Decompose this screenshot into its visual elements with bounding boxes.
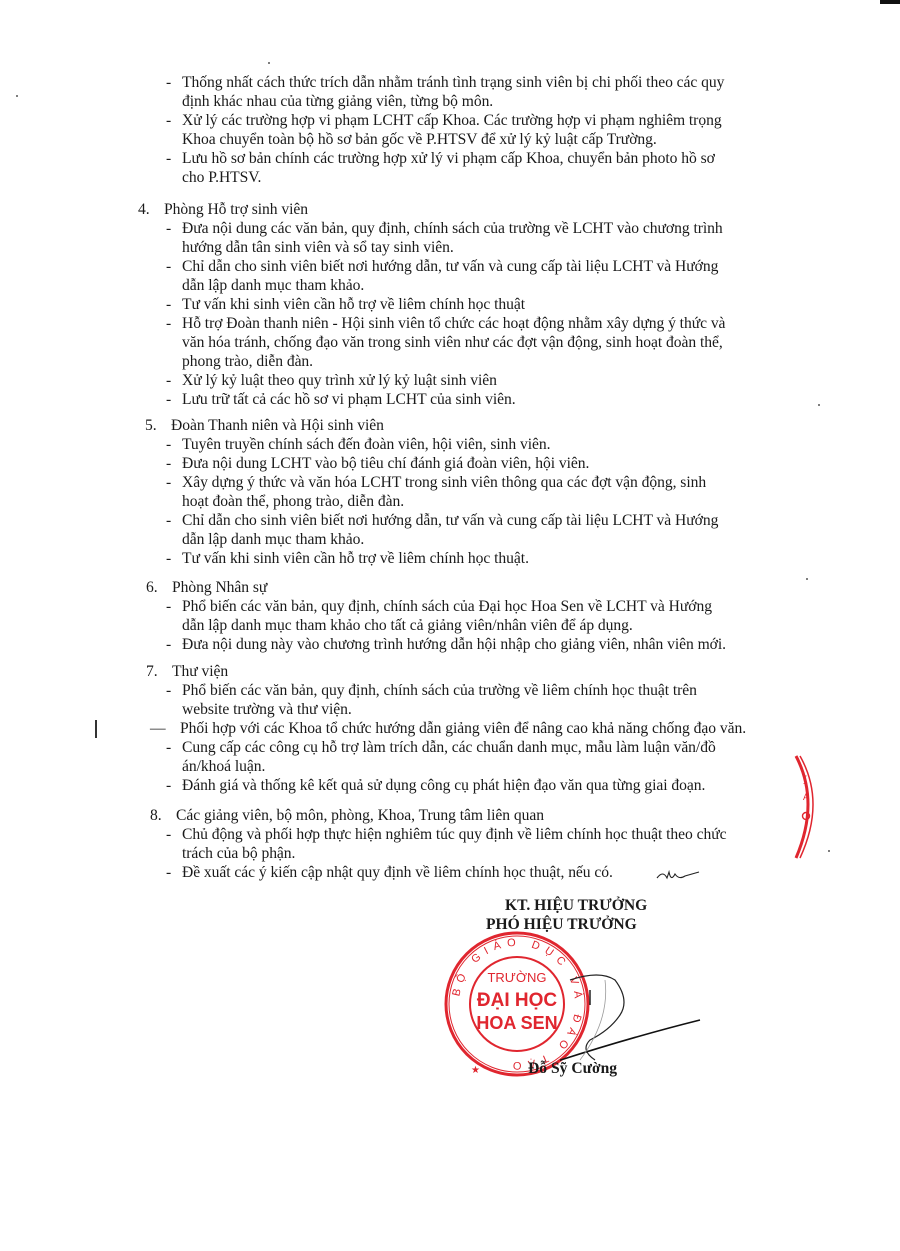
list-item-text: Chỉ dẫn cho sinh viên biết nơi hướng dẫn… bbox=[182, 511, 718, 530]
list-item-text: Chỉ dẫn cho sinh viên biết nơi hướng dẫn… bbox=[182, 257, 718, 276]
bullet-dash: - bbox=[166, 597, 171, 616]
svg-text:A: A bbox=[803, 792, 809, 802]
list-item-text: trách của bộ phận. bbox=[182, 844, 295, 863]
section-title: Thư viện bbox=[172, 662, 228, 681]
list-item-text: Chủ động và phối hợp thực hiện nghiêm tú… bbox=[182, 825, 727, 844]
section-number: 4. bbox=[138, 200, 150, 219]
bullet-dash: - bbox=[166, 371, 171, 390]
list-item-text: Khoa chuyển toàn bộ hồ sơ bản gốc về P.H… bbox=[182, 130, 657, 149]
list-item-text: Tư vấn khi sinh viên cần hỗ trợ về liêm … bbox=[182, 295, 525, 314]
list-item-text: Phổ biến các văn bản, quy định, chính sá… bbox=[182, 681, 697, 700]
list-item-text: Xử lý các trường hợp vi phạm LCHT cấp Kh… bbox=[182, 111, 722, 130]
list-item-text: dẫn lập danh mục tham khảo. bbox=[182, 530, 364, 549]
bullet-dash: - bbox=[166, 738, 171, 757]
partial-stamp-edge: ʃ A bbox=[790, 752, 840, 862]
list-item-text: dẫn lập danh mục tham khảo cho tất cả gi… bbox=[182, 616, 633, 635]
list-item-text: phong trào, diễn đàn. bbox=[182, 352, 313, 371]
bullet-dash: - bbox=[166, 219, 171, 238]
bullet-dash: - bbox=[166, 295, 171, 314]
scan-speck bbox=[806, 578, 808, 580]
list-item-text: Thống nhất cách thức trích dẫn nhằm trán… bbox=[182, 73, 724, 92]
list-item-text: Đưa nội dung này vào chương trình hướng … bbox=[182, 635, 726, 654]
section-title: Phòng Hỗ trợ sinh viên bbox=[164, 200, 308, 219]
bullet-dash: - bbox=[166, 454, 171, 473]
svg-text:HOA SEN: HOA SEN bbox=[476, 1013, 557, 1033]
initials-mark bbox=[655, 866, 705, 886]
bullet-dash: - bbox=[166, 549, 171, 568]
scan-corner-mark bbox=[880, 0, 900, 4]
bullet-dash: - bbox=[166, 776, 171, 795]
list-item-text: Xử lý kỷ luật theo quy trình xử lý kỷ lu… bbox=[182, 371, 497, 390]
list-item-text: Cung cấp các công cụ hỗ trợ làm trích dẫ… bbox=[182, 738, 716, 757]
scan-speck bbox=[268, 62, 270, 64]
svg-text:★: ★ bbox=[471, 1065, 480, 1076]
list-item-text: Đưa nội dung các văn bản, quy định, chín… bbox=[182, 219, 723, 238]
bullet-dash: - bbox=[166, 111, 171, 130]
bullet-dash: - bbox=[166, 390, 171, 409]
bullet-dash: - bbox=[166, 435, 171, 454]
list-item-text: hoạt đoàn thể, phong trào, diễn đàn. bbox=[182, 492, 404, 511]
list-item-text: Phối hợp với các Khoa tổ chức hướng dẫn … bbox=[180, 719, 746, 738]
bullet-dash: - bbox=[166, 825, 171, 844]
list-item-text: dẫn lập danh mục tham khảo. bbox=[182, 276, 364, 295]
list-item-text: website trường và thư viện. bbox=[182, 700, 352, 719]
list-item-text: Đề xuất các ý kiến cập nhật quy định về … bbox=[182, 863, 613, 882]
list-item-text: Xây dựng ý thức và văn hóa LCHT trong si… bbox=[182, 473, 706, 492]
scan-margin-mark bbox=[95, 720, 97, 738]
bullet-dash: - bbox=[166, 473, 171, 492]
section-number: 7. bbox=[146, 662, 158, 681]
list-item-text: văn hóa tránh, chống đạo văn trong sinh … bbox=[182, 333, 723, 352]
bullet-dash: - bbox=[166, 681, 171, 700]
section-number: 8. bbox=[150, 806, 162, 825]
bullet-dash: - bbox=[166, 73, 171, 92]
list-item-text: Hỗ trợ Đoàn thanh niên - Hội sinh viên t… bbox=[182, 314, 725, 333]
list-item-text: Lưu hồ sơ bản chính các trường hợp xử lý… bbox=[182, 149, 715, 168]
list-item-text: Lưu trữ tất cả các hồ sơ vi phạm LCHT củ… bbox=[182, 390, 516, 409]
section-title: Các giảng viên, bộ môn, phòng, Khoa, Tru… bbox=[176, 806, 544, 825]
bullet-dash: - bbox=[166, 511, 171, 530]
list-item-text: án/khoá luận. bbox=[182, 757, 265, 776]
bullet-dash: - bbox=[166, 863, 171, 882]
list-item-text: Tư vấn khi sinh viên cần hỗ trợ về liêm … bbox=[182, 549, 529, 568]
signature-title-1: KT. HIỆU TRƯỞNG bbox=[505, 897, 647, 915]
bullet-dash: - bbox=[166, 257, 171, 276]
list-item-text: Đánh giá và thống kê kết quả sử dụng côn… bbox=[182, 776, 705, 795]
list-item-text: định khác nhau của từng giảng viên, từng… bbox=[182, 92, 493, 111]
scan-speck bbox=[818, 404, 820, 406]
list-item-text: hướng dẫn tân sinh viên và sổ tay sinh v… bbox=[182, 238, 454, 257]
bullet-dash: - bbox=[166, 314, 171, 333]
scan-speck bbox=[16, 95, 18, 97]
list-item-text: cho P.HTSV. bbox=[182, 168, 261, 187]
svg-text:TRƯỜNG: TRƯỜNG bbox=[487, 970, 546, 985]
bullet-dash: - bbox=[166, 635, 171, 654]
bullet-long-dash: — bbox=[150, 719, 166, 738]
section-title: Phòng Nhân sự bbox=[172, 578, 267, 597]
signatory-name: Đỗ Sỹ Cường bbox=[528, 1060, 617, 1078]
section-number: 6. bbox=[146, 578, 158, 597]
bullet-dash: - bbox=[166, 149, 171, 168]
section-number: 5. bbox=[145, 416, 157, 435]
list-item-text: Phổ biến các văn bản, quy định, chính sá… bbox=[182, 597, 712, 616]
list-item-text: Đưa nội dung LCHT vào bộ tiêu chí đánh g… bbox=[182, 454, 589, 473]
section-title: Đoàn Thanh niên và Hội sinh viên bbox=[171, 416, 384, 435]
list-item-text: Tuyên truyền chính sách đến đoàn viên, h… bbox=[182, 435, 551, 454]
svg-text:ĐẠI HỌC: ĐẠI HỌC bbox=[477, 990, 558, 1011]
